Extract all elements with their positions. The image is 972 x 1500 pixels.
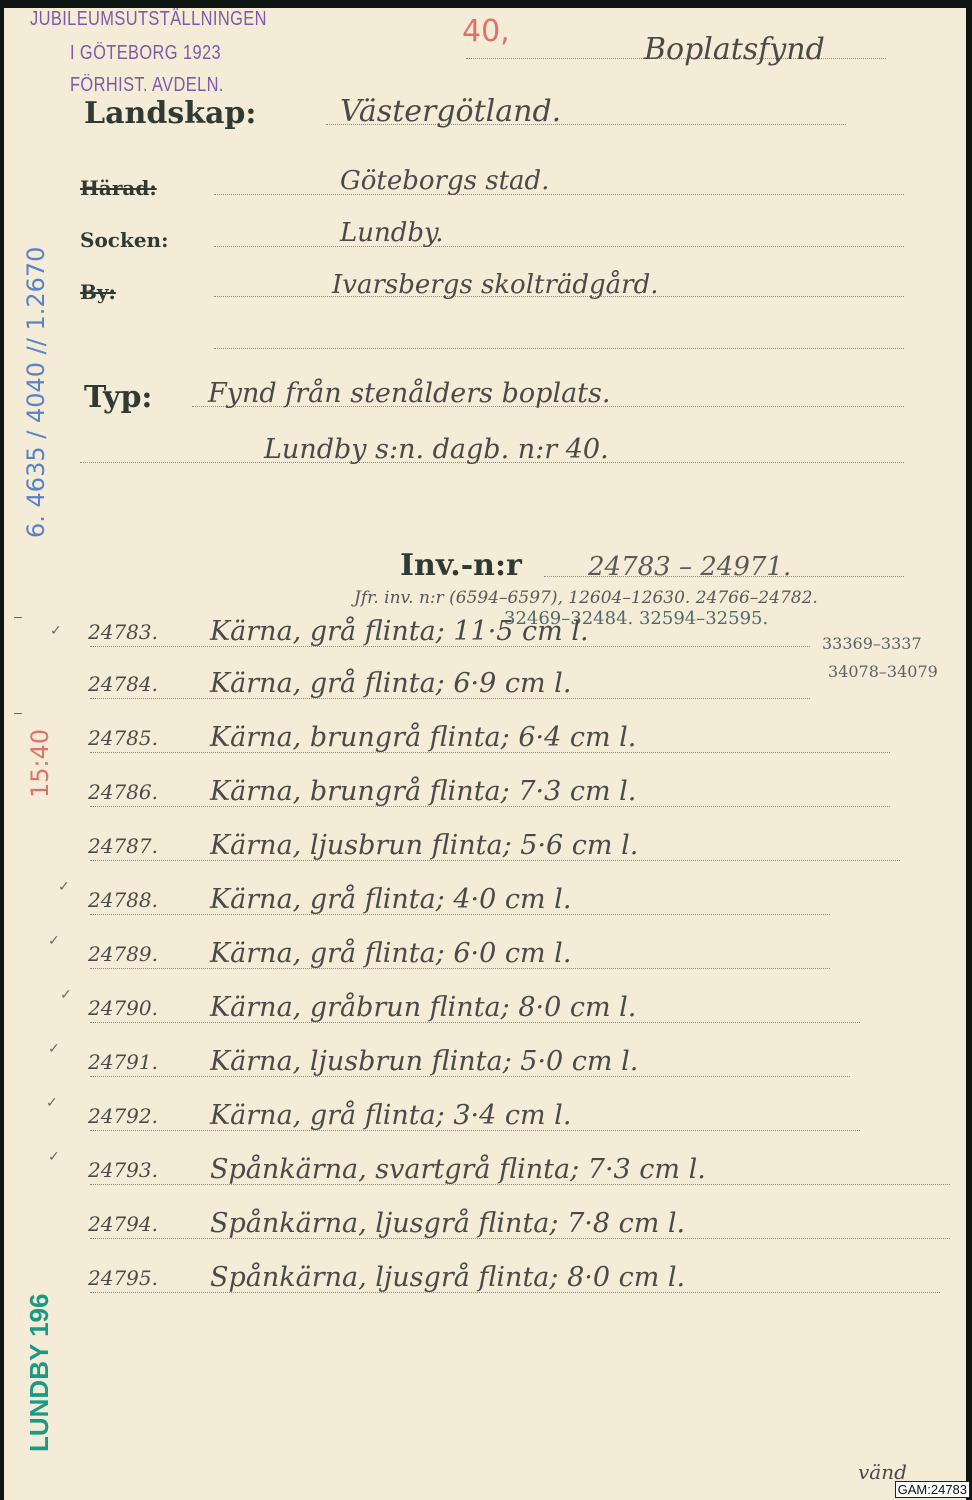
item-description: Kärna, grå flinta; 4·0 cm l. (210, 884, 571, 915)
item-description: Kärna, gråbrun flinta; 8·0 cm l. (210, 992, 636, 1023)
stamp-line-1: JUBILEUMSUTSTÄLLNINGEN (30, 8, 267, 31)
item-description: Spånkärna, svartgrå flinta; 7·3 cm l. (210, 1154, 706, 1185)
checkmark-icon: ✓ (48, 1040, 60, 1057)
item-description: Kärna, ljusbrun flinta; 5·6 cm l. (210, 830, 638, 861)
harad-dotted-line (214, 194, 904, 195)
value-typ-line-1: Fynd från stenålders boplats. (208, 378, 610, 409)
item-number: 24794. (88, 1212, 158, 1236)
checkmark-icon: ✓ (48, 932, 60, 949)
item-description: Kärna, brungrå flinta; 6·4 cm l. (210, 722, 636, 753)
item-description: Kärna, ljusbrun flinta; 5·0 cm l. (210, 1046, 638, 1077)
item-number: 24784. (88, 672, 158, 696)
cf-line-1: Jfr. inv. n:r (6594–6597), 12604–12630. … (354, 588, 818, 608)
item-description: Spånkärna, ljusgrå flinta; 8·0 cm l. (210, 1262, 685, 1293)
label-typ: Typ: (84, 380, 153, 415)
margin-red-reference: 15:40 (26, 729, 54, 798)
label-socken: Socken: (80, 228, 168, 252)
item-number: 24791. (88, 1050, 158, 1074)
label-inventory: Inv.-n:r (400, 548, 522, 583)
item-description: Kärna, grå flinta; 11·5 cm l. (210, 616, 589, 647)
archive-id-label: GAM:24783 (895, 1481, 970, 1498)
stamp-line-3: FÖRHIST. AVDELN. (70, 74, 224, 97)
value-harad: Göteborgs stad. (340, 166, 549, 196)
label-harad: Härad: (80, 176, 157, 200)
checkmark-icon: ✓ (58, 878, 70, 895)
cf-line-4: 34078–34079 (828, 662, 938, 681)
teal-lundby-stamp: LUNDBY 196 (24, 1294, 55, 1452)
item-number: 24795. (88, 1266, 158, 1290)
label-by: By: (80, 280, 116, 304)
margin-dash: – (14, 608, 22, 624)
checkmark-icon: ✓ (46, 1094, 58, 1111)
item-number: 24786. (88, 780, 158, 804)
item-number: 24793. (88, 1158, 158, 1182)
category-text: Boplatsfynd (644, 32, 825, 67)
checkmark-icon: ✓ (50, 622, 62, 639)
item-number: 24785. (88, 726, 158, 750)
catalog-card: JUBILEUMSUTSTÄLLNINGEN I GÖTEBORG 1923 F… (4, 8, 966, 1500)
label-landskap: Landskap: (84, 96, 257, 131)
item-number: 24788. (88, 888, 158, 912)
item-number: 24792. (88, 1104, 158, 1128)
value-typ-line-2: Lundby s:n. dagb. n:r 40. (264, 434, 609, 465)
item-number: 24783. (88, 620, 158, 644)
checkmark-icon: ✓ (48, 1148, 60, 1165)
item-description: Kärna, grå flinta; 6·9 cm l. (210, 668, 571, 699)
item-number: 24789. (88, 942, 158, 966)
value-by: Ivarsbergs skolträdgård. (332, 270, 659, 300)
item-description: Spånkärna, ljusgrå flinta; 7·8 cm l. (210, 1208, 685, 1239)
checkmark-icon: ✓ (60, 986, 72, 1003)
socken-dotted-line (214, 246, 904, 247)
item-number: 24787. (88, 834, 158, 858)
blank-dotted-line (214, 348, 904, 349)
stamp-line-2: I GÖTEBORG 1923 (70, 42, 221, 65)
card-number: 40, (462, 14, 510, 49)
cf-line-3: 33369–3337 (822, 634, 922, 653)
margin-dash: – (14, 704, 22, 720)
margin-coordinates: 6. 4635 / 4040 // 1.2670 (22, 247, 50, 538)
item-description: Kärna, grå flinta; 3·4 cm l. (210, 1100, 571, 1131)
item-number: 24790. (88, 996, 158, 1020)
item-description: Kärna, brungrå flinta; 7·3 cm l. (210, 776, 636, 807)
value-socken: Lundby. (340, 218, 444, 248)
value-landskap: Västergötland. (340, 94, 561, 129)
inventory-range: 24783 – 24971. (588, 552, 791, 582)
item-description: Kärna, grå flinta; 6·0 cm l. (210, 938, 571, 969)
